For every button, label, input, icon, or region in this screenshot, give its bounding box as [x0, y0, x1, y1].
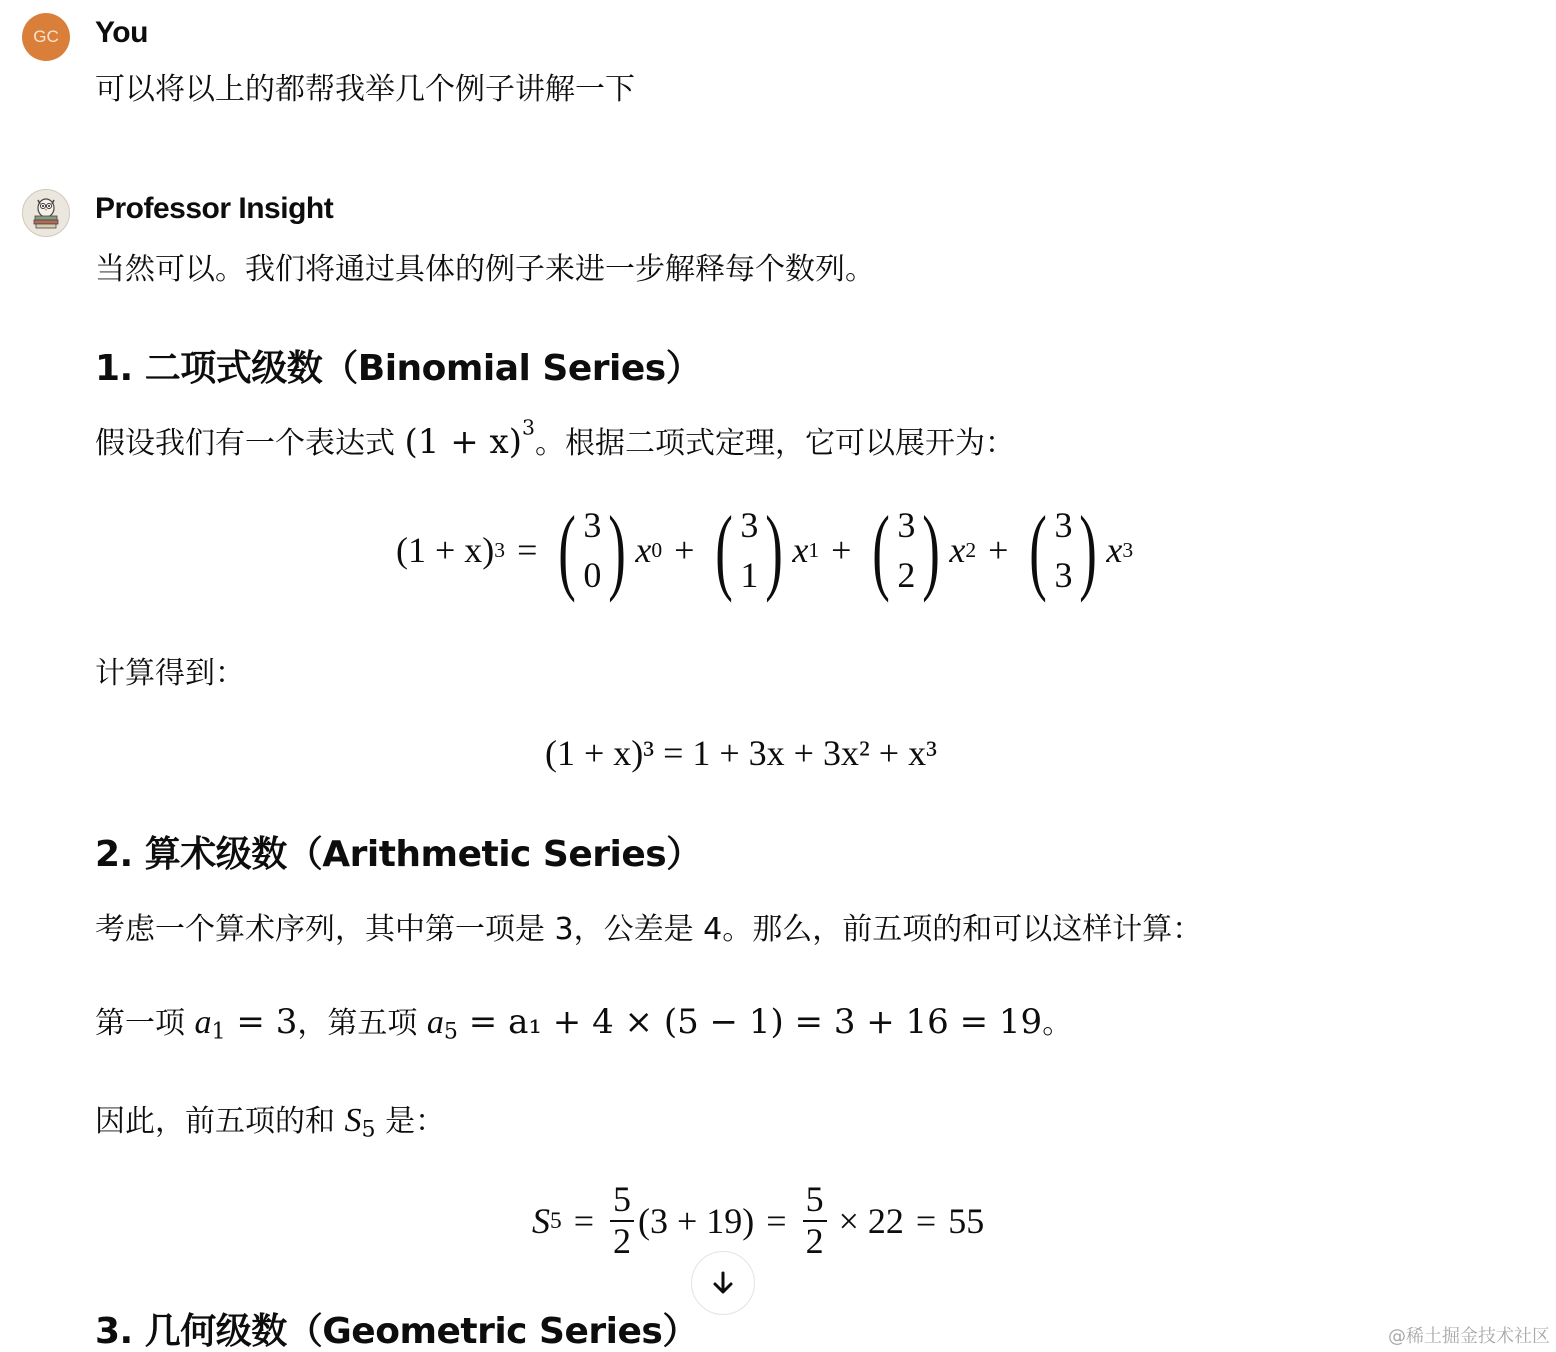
- assistant-intro: 当然可以。我们将通过具体的例子来进一步解释每个数列。: [95, 244, 875, 288]
- section-heading-arithmetic: 2. 算术级数（Arithmetic Series）: [95, 826, 702, 877]
- arithmetic-terms-line: 第一项 a1 = 3，第五项 a5 = a₁ + 4 × (5 − 1) = 3…: [95, 998, 1072, 1042]
- sum-intro-line: 因此，前五项的和 S5 是：: [95, 1096, 445, 1140]
- assistant-name: Professor Insight: [95, 192, 333, 226]
- user-name: You: [95, 16, 148, 50]
- section-heading-binomial: 1. 二项式级数（Binomial Series）: [95, 340, 701, 391]
- inline-math: (1 + x)3: [405, 422, 535, 462]
- watermark: @稀土掘金技术社区: [1388, 1322, 1550, 1348]
- arithmetic-paragraph: 考虑一个算术序列，其中第一项是 3，公差是 4。那么，前五项的和可以这样计算：: [95, 904, 1202, 948]
- binomial-coefficient: (31): [708, 500, 790, 601]
- arrow-down-icon: [708, 1268, 738, 1298]
- assistant-avatar: [22, 189, 70, 237]
- user-avatar: GC: [22, 13, 70, 61]
- binomial-result-equation: (1 + x)³ = 1 + 3x + 3x² + x³: [545, 732, 937, 774]
- binomial-coefficient: (32): [865, 500, 947, 601]
- binomial-coefficient: (30): [551, 500, 633, 601]
- user-message-text: 可以将以上的都帮我举几个例子讲解一下: [95, 64, 635, 108]
- binomial-coefficient: (33): [1022, 500, 1104, 601]
- scroll-to-bottom-button[interactable]: [691, 1251, 755, 1315]
- arithmetic-sum-equation: S5 = 52 (3 + 19) = 52 × 22 = 55: [532, 1175, 984, 1267]
- binomial-paragraph: 假设我们有一个表达式 (1 + x)3。根据二项式定理，它可以展开为：: [95, 418, 1015, 462]
- avatar-initials: GC: [33, 27, 59, 47]
- owl-on-books-icon: [23, 190, 69, 236]
- binomial-expansion-equation: (1 + x)3 = (30) x0 + (31) x1 + (32) x2 +…: [396, 500, 1133, 600]
- computed-label: 计算得到：: [95, 648, 245, 692]
- section-heading-geometric: 3. 几何级数（Geometric Series）: [95, 1303, 698, 1352]
